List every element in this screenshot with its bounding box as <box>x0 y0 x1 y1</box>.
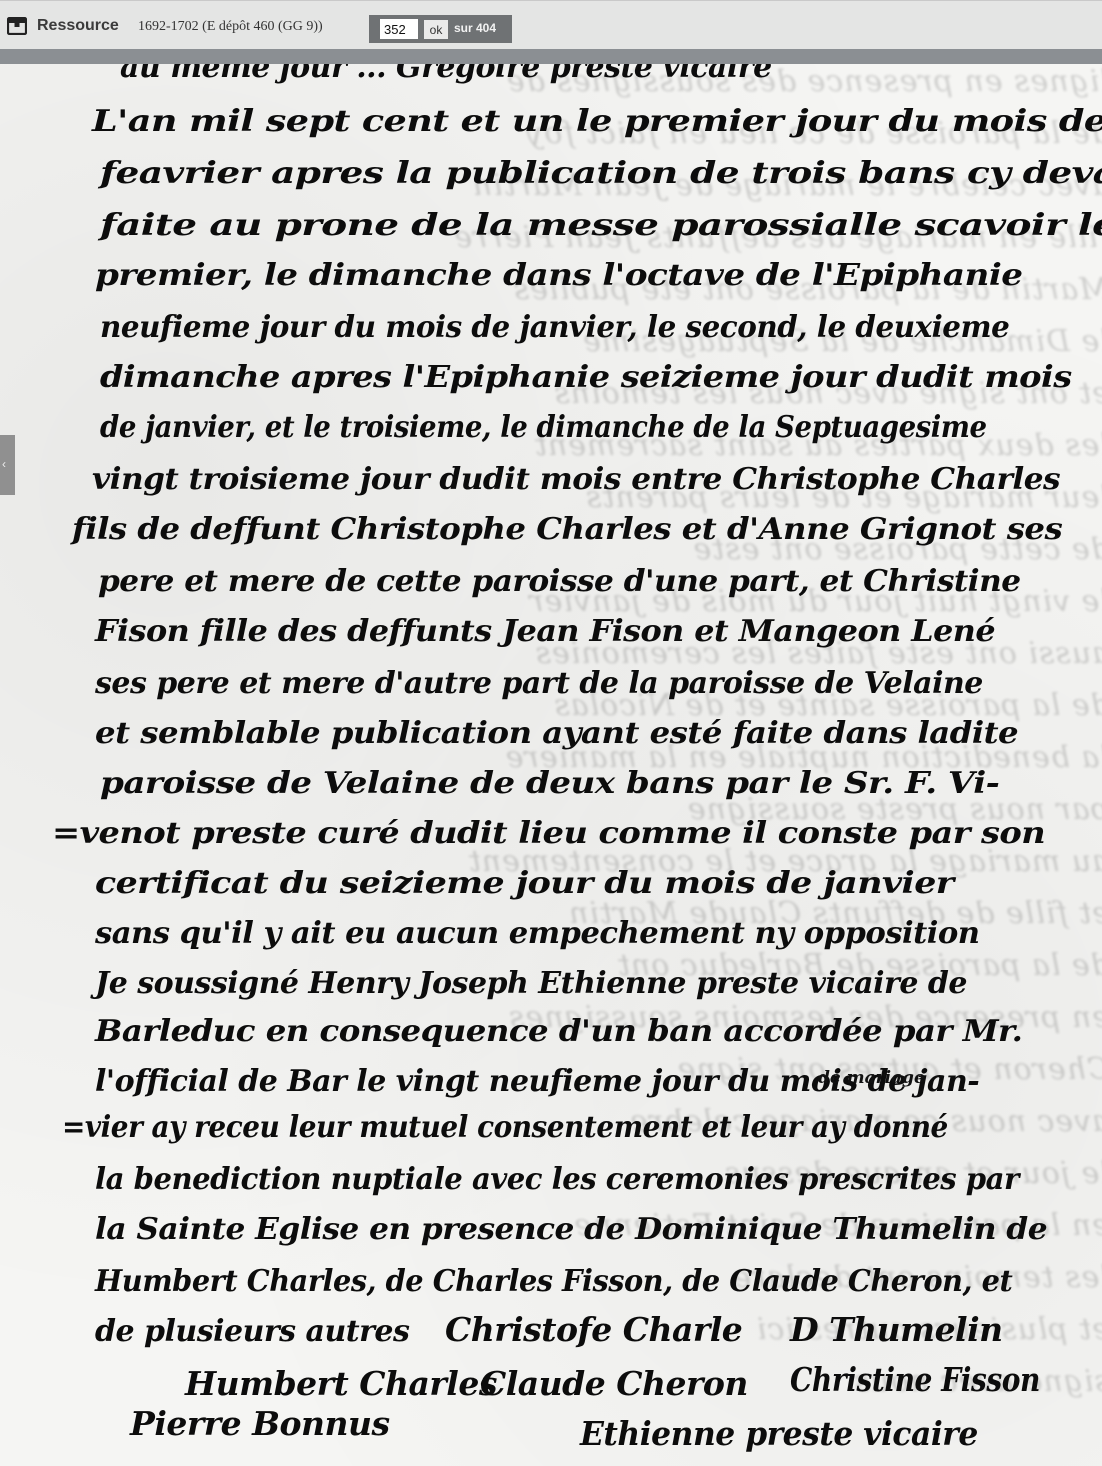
signature: Humbert Charles <box>185 1364 497 1403</box>
manuscript-line: dimanche apres l'Epiphanie seizieme jour… <box>100 360 1072 395</box>
manuscript-line: et semblable publication ayant esté fait… <box>95 716 1018 751</box>
resource-label: Ressource <box>37 17 119 35</box>
resource-header: Ressource 1692-1702 (E dépôt 460 (GG 9))… <box>0 0 1102 49</box>
manuscript-line: feavrier apres la publication de trois b… <box>100 156 1102 191</box>
chevron-left-icon: ‹ <box>2 457 6 471</box>
resource-title: 1692-1702 (E dépôt 460 (GG 9)) <box>138 19 323 35</box>
signature: Christofe Charle <box>445 1310 742 1349</box>
manuscript-line: de plusieurs autres <box>95 1314 409 1349</box>
manuscript-line: L'an mil sept cent et un le premier jour… <box>92 104 1102 139</box>
manuscript-line: ses pere et mere d'autre part de la paro… <box>95 666 983 701</box>
manuscript-line: vingt troisieme jour dudit mois entre Ch… <box>92 462 1060 497</box>
manuscript-top-fragment: au meme jour ... Gregoire preste vicaire <box>120 64 772 85</box>
signature: Ethienne preste vicaire <box>580 1414 978 1453</box>
page-navigator: ok sur 404 <box>369 15 512 43</box>
manuscript-line: certificat du seizieme jour du mois de j… <box>95 866 954 901</box>
interlinear-insertion: de mariage <box>818 1068 925 1088</box>
manuscript-line: pere et mere de cette paroisse d'une par… <box>98 564 1021 599</box>
archive-box-icon <box>7 17 27 35</box>
manuscript-line: Humbert Charles, de Charles Fisson, de C… <box>95 1264 1012 1299</box>
signature: Pierre Bonnus <box>130 1404 390 1443</box>
signature: Christine Fisson <box>790 1360 1040 1399</box>
signature: Claude Cheron <box>480 1364 748 1403</box>
side-panel-toggle[interactable]: ‹ <box>0 435 15 495</box>
manuscript-line: Je soussigné Henry Joseph Ethienne prest… <box>95 966 967 1001</box>
toolbar-strip <box>0 49 1102 64</box>
manuscript-line: faite au prone de la messe parossialle s… <box>100 208 1102 243</box>
manuscript-line: fils de deffunt Christophe Charles et d'… <box>72 512 1062 547</box>
manuscript-line: sans qu'il y ait eu aucun empechement ny… <box>95 916 979 951</box>
manuscript-line: premier, le dimanche dans l'octave de l'… <box>95 258 1022 293</box>
go-to-page-button[interactable]: ok <box>424 20 448 39</box>
manuscript-line: paroisse de Velaine de deux bans par le … <box>100 766 999 801</box>
manuscript-line: =venot preste curé dudit lieu comme il c… <box>52 816 1045 851</box>
manuscript-line: Fison fille des deffunts Jean Fison et M… <box>95 614 995 649</box>
manuscript-line: la Sainte Eglise en presence de Dominiqu… <box>95 1212 1047 1247</box>
manuscript-line: de janvier, et le troisieme, le dimanche… <box>100 410 987 445</box>
page-number-input[interactable] <box>380 19 418 39</box>
manuscript-line: neufieme jour du mois de janvier, le sec… <box>100 310 1009 345</box>
manuscript-line: la benediction nuptiale avec les ceremon… <box>95 1162 1019 1197</box>
document-viewer[interactable]: lignes en presence des soussignes de de … <box>0 64 1102 1466</box>
page-total: sur 404 <box>454 21 496 35</box>
manuscript-line: Barleduc en consequence d'un ban accordé… <box>95 1014 1022 1049</box>
manuscript-line: =vier ay receu leur mutuel consentement … <box>62 1110 948 1145</box>
signature: D Thumelin <box>790 1310 1003 1349</box>
